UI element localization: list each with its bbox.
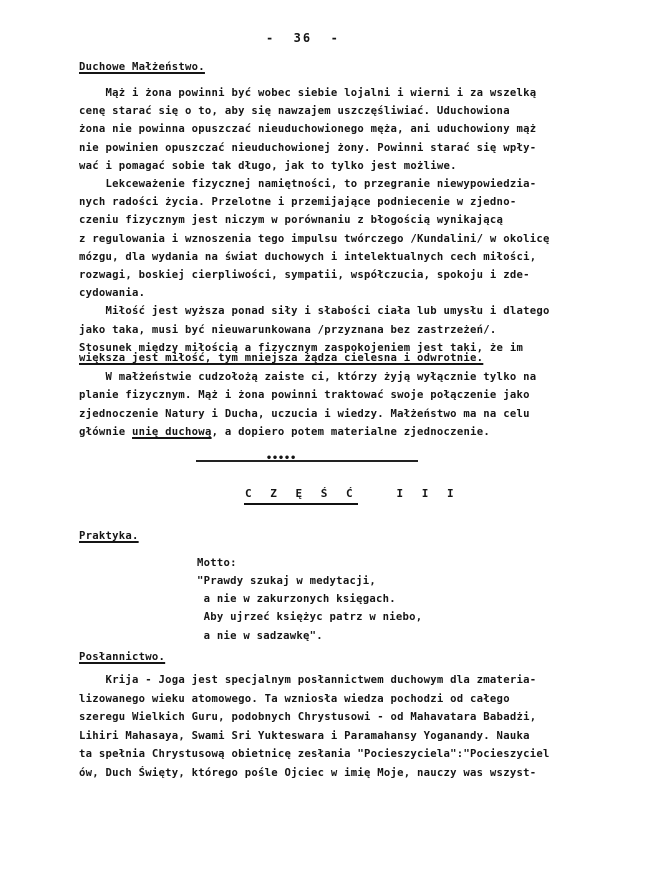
motto-label: Motto: — [197, 556, 237, 570]
text-line: czeniu fizycznym jest niczym w porównani… — [79, 213, 503, 227]
part-title: C Z Ę Ś Ć I I I — [245, 487, 460, 501]
text-line: ów, Duch Święty, którego pośle Ojciec w … — [79, 766, 536, 780]
divider-line-left — [196, 460, 318, 462]
page-number: - 36 - — [266, 31, 340, 45]
text-line: ta spełnia Chrystusową obietnicę zesłani… — [79, 747, 550, 761]
underlined-text: większa jest miłość, tym mniejsza żądza … — [79, 352, 483, 364]
text-line: szeregu Wielkich Guru, podobnych Chrystu… — [79, 710, 536, 724]
text-line: a nie w zakurzonych księgach. — [197, 592, 396, 606]
text-line: zjednoczenie Natury i Ducha, uczucia i w… — [79, 407, 530, 421]
closing-underlined: unię duchową — [132, 426, 212, 438]
text-line: nych radości życia. Przelotne i przemija… — [79, 195, 516, 209]
closing-prefix: głównie — [79, 426, 132, 438]
text-line: W małżeństwie cudzołożą zaiste ci, którz… — [79, 370, 536, 384]
divider-line-right — [306, 460, 418, 462]
text-line: "Prawdy szukaj w medytacji, — [197, 574, 376, 588]
text-line: rozwagi, boskiej cierpliwości, sympatii,… — [79, 268, 530, 282]
text-line: planie fizycznym. Mąż i żona powinni tra… — [79, 388, 530, 402]
section-heading-spiritual-marriage: Duchowe Małżeństwo. — [79, 60, 205, 74]
text-line: jako taka, musi być nieuwarunkowana /prz… — [79, 323, 497, 337]
text-line: z regulowania i wznoszenia tego impulsu … — [79, 232, 550, 246]
text-line: Miłość jest wyższa ponad siły i słabości… — [79, 304, 550, 318]
section-heading-mission: Posłannictwo. — [79, 650, 165, 664]
section-heading-practice: Praktyka. — [79, 529, 139, 543]
closing-suffix: , a dopiero potem materialne zjednoczeni… — [212, 426, 490, 438]
text-line: Aby ujrzeć księżyc patrz w niebo, — [197, 610, 422, 624]
text-line: nie powinien opuszczać nieuduchowionej ż… — [79, 141, 536, 155]
text-line: Lekceważenie fizycznej namiętności, to p… — [79, 177, 536, 191]
part-title-underline — [244, 503, 358, 505]
text-line: żona nie powinna opuszczać nieuduchowion… — [79, 122, 536, 136]
text-line: Lihiri Mahasaya, Swami Sri Yukteswara i … — [79, 729, 530, 743]
text-line: Mąż i żona powinni być wobec siebie loja… — [79, 86, 536, 100]
closing-line: głównie unię duchową, a dopiero potem ma… — [79, 425, 490, 439]
divider-dots: ••••• — [266, 452, 296, 466]
text-line: mózgu, dla wydania na świat duchowych i … — [79, 250, 536, 264]
text-line: a nie w sadzawkę". — [197, 629, 323, 643]
text-line: lizowanego wieku atomowego. Ta wzniosła … — [79, 692, 510, 706]
text-line: Krija - Joga jest specjalnym posłannictw… — [79, 673, 536, 687]
text-line: wać i pomagać sobie tak długo, jak to ty… — [79, 159, 457, 173]
underlined-sentence: większa jest miłość, tym mniejsza żądza … — [79, 351, 483, 365]
document-page: - 36 - Duchowe Małżeństwo. Mąż i żona po… — [0, 0, 657, 896]
text-line: cydowania. — [79, 286, 145, 300]
text-line: cenę starać się o to, aby się nawzajem u… — [79, 104, 510, 118]
